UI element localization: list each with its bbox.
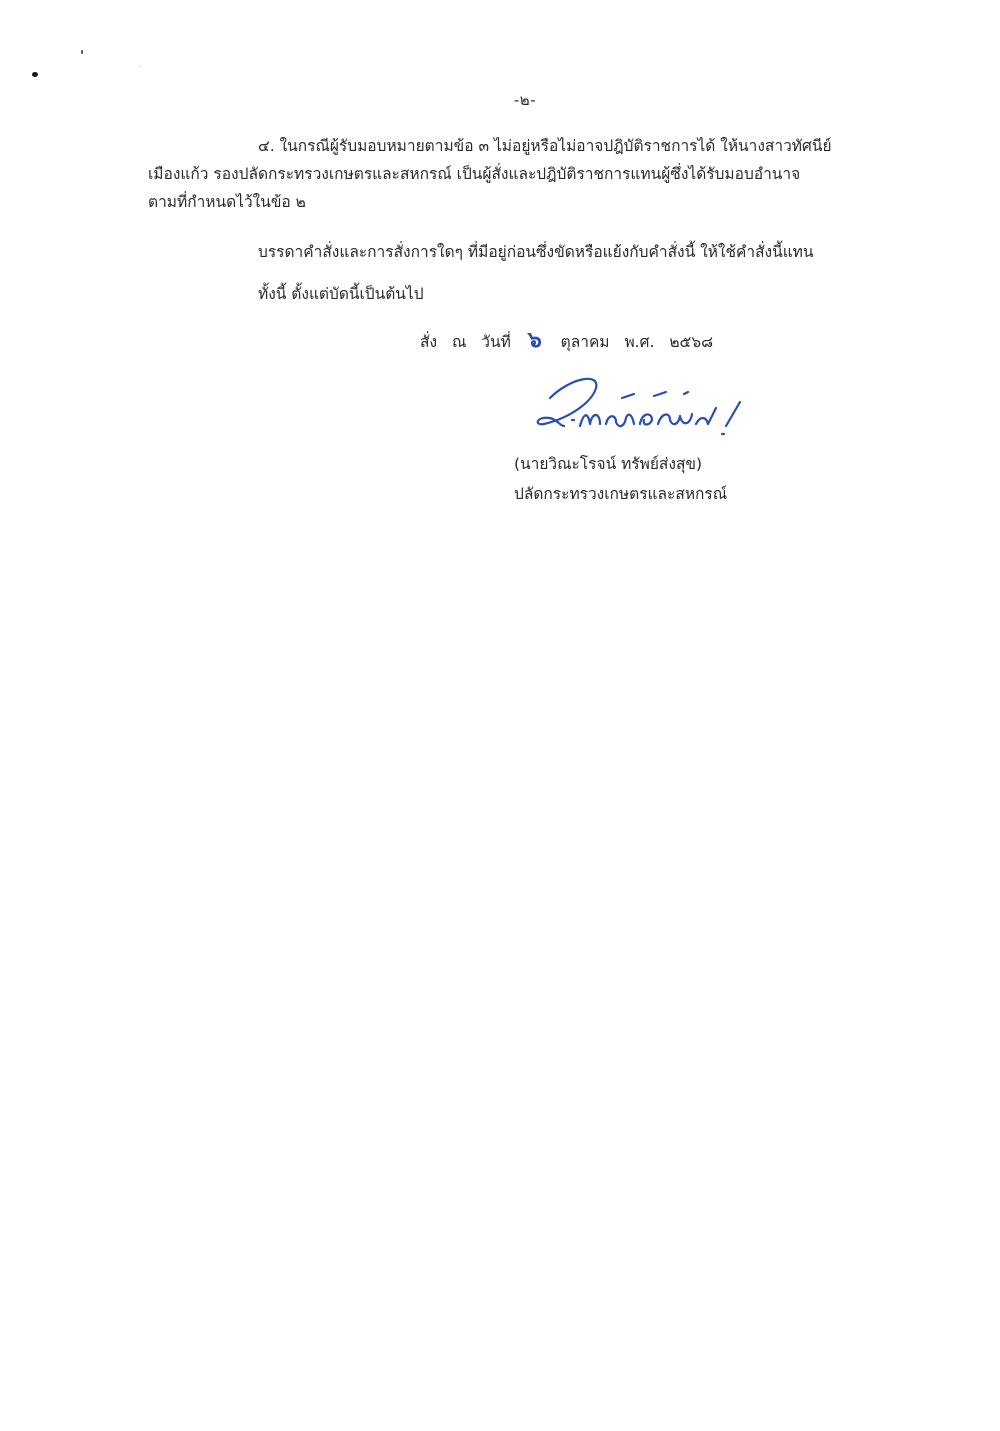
paragraph-supersede: บรรดาคำสั่งและการสั่งการใดๆ ที่มีอยู่ก่อ… — [258, 238, 814, 266]
date-day-label: วันที่ — [481, 333, 511, 351]
handwritten-signature — [530, 368, 760, 438]
scan-speck — [139, 66, 140, 67]
date-day-handwritten: ๖ — [528, 327, 542, 353]
paragraph-item-4-line-3: ตามที่กำหนดไว้ในข้อ ๒ — [148, 188, 306, 216]
date-month: ตุลาคม — [561, 333, 610, 351]
signatory-title: ปลัดกระทรวงเกษตรและสหกรณ์ — [514, 480, 727, 508]
date-year: ๒๕๖๘ — [669, 333, 713, 351]
paragraph-item-4-line-1: ๔. ในกรณีผู้รับมอบหมายตามข้อ ๓ ไม่อยู่หร… — [258, 132, 832, 160]
signatory-name: (นายวิณะโรจน์ ทรัพย์ส่งสุข) — [514, 450, 702, 478]
paragraph-item-4-line-2: เมืองแก้ว รองปลัดกระทรวงเกษตรและสหกรณ์ เ… — [148, 160, 800, 188]
order-date-line: สั่ง ณ วันที่ ๖ ตุลาคม พ.ศ. ๒๕๖๘ — [420, 326, 723, 356]
page-number: -๒- — [0, 88, 1000, 112]
date-era: พ.ศ. — [624, 333, 654, 351]
scan-speck — [32, 72, 38, 77]
scan-speck — [81, 50, 83, 54]
date-prefix: สั่ง — [420, 333, 437, 351]
date-at: ณ — [452, 333, 466, 351]
paragraph-effective: ทั้งนี้ ตั้งแต่บัดนี้เป็นต้นไป — [258, 280, 424, 308]
